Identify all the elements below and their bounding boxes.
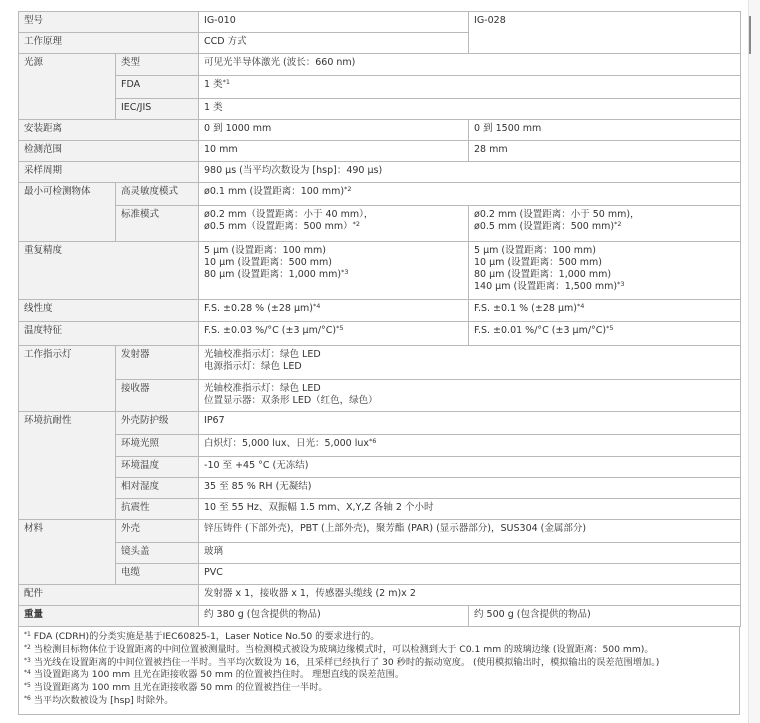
footnote-text: FDA (CDRH)的分类实施是基于IEC60825-1，Laser Notic…: [31, 631, 380, 642]
std-ig028-text: ø0.5 mm (设置距离：500 mm): [474, 221, 614, 232]
row-fda: FDA 1 类*1: [19, 76, 741, 99]
row-min-object-std: 标准模式 ø0.2 mm（设置距离：小于 40 mm）， ø0.5 mm（设置距…: [19, 206, 741, 242]
high-sensitivity-label: 高灵敏度模式: [116, 183, 199, 206]
fda-label: FDA: [116, 76, 199, 99]
environment-label: 环境抗耐性: [19, 412, 116, 520]
rep-ig028-line-4: 140 µm (设置距离：1,500 mm)*3: [474, 281, 735, 293]
iec-label: IEC/JIS: [116, 99, 199, 120]
footnote-ref: *3: [617, 280, 624, 288]
temperature-ig028: F.S. ±0.01 %/°C (±3 µm/°C)*5: [469, 322, 741, 346]
footnote-ref: *4: [313, 302, 320, 310]
footnotes: *1 FDA (CDRH)的分类实施是基于IEC60825-1，Laser No…: [18, 627, 740, 715]
footnote-text: 当设置距离为 100 mm 且光在距接收器 50 mm 的位置被挡住时。 理想直…: [31, 669, 404, 680]
lens-label: 镜头盖: [116, 543, 199, 564]
footnote-ref: *6: [369, 437, 376, 445]
footnote-6: *6 当平均次数被设为 [hsp] 时除外。: [24, 695, 734, 708]
iec-value: 1 类: [199, 99, 741, 120]
standard-mode-ig028: ø0.2 mm (设置距离：小于 50 mm)， ø0.5 mm (设置距离：5…: [469, 206, 741, 242]
footnote-ref: *5: [606, 324, 613, 332]
linearity-ig010-text: F.S. ±0.28 % (±28 µm): [204, 303, 313, 314]
accessories-label: 配件: [19, 585, 199, 606]
emitter-line-1: 光轴校准指示灯：绿色 LED: [204, 349, 735, 361]
footnote-mark: *3: [24, 657, 31, 664]
footnote-mark: *5: [24, 682, 31, 689]
footnote-text: 当光线在设置距离的中间位置被挡住一半时。当平均次数设为 16，且采样已经执行了 …: [31, 657, 660, 668]
emitter-value: 光轴校准指示灯：绿色 LED 电源指示灯：绿色 LED: [199, 346, 741, 380]
emitter-label: 发射器: [116, 346, 199, 380]
weight-label: 重量: [19, 606, 199, 627]
linearity-label: 线性度: [19, 300, 199, 322]
std-ig028-line-1: ø0.2 mm (设置距离：小于 50 mm)，: [474, 209, 735, 221]
cable-value: PVC: [199, 564, 741, 585]
weight-ig028: 约 500 g (包含提供的物品): [469, 606, 741, 627]
protection-label: 外壳防护级: [116, 412, 199, 435]
row-detect-range: 检测范围 10 mm 28 mm: [19, 141, 741, 162]
lens-value: 玻璃: [199, 543, 741, 564]
sampling-value: 980 µs (当平均次数设为 [hsp]：490 µs): [199, 162, 741, 183]
footnote-ref: *3: [341, 268, 348, 276]
footnote-ref: *1: [223, 78, 230, 86]
row-min-object-high: 最小可检测物体 高灵敏度模式 ø0.1 mm (设置距离：100 mm)*2: [19, 183, 741, 206]
row-material-housing: 材料 外壳 锌压铸件 (下部外壳)，PBT (上部外壳)，聚芳酯 (PAR) (…: [19, 520, 741, 543]
ambient-light-label: 环境光照: [116, 435, 199, 457]
footnote-4: *4 当设置距离为 100 mm 且光在距接收器 50 mm 的位置被挡住时。 …: [24, 669, 734, 682]
footnote-2: *2 当检测目标物体位于设置距离的中间位置被测量时。当检测模式被设为玻璃边缘模式…: [24, 644, 734, 657]
row-linearity: 线性度 F.S. ±0.28 % (±28 µm)*4 F.S. ±0.1 % …: [19, 300, 741, 322]
footnote-mark: *1: [24, 631, 31, 638]
linearity-ig028-text: F.S. ±0.1 % (±28 µm): [474, 303, 577, 314]
row-env-temp: 环境温度 -10 至 +45 °C (无冻结): [19, 457, 741, 478]
ambient-temp-label: 环境温度: [116, 457, 199, 478]
fda-class: 1 类: [204, 79, 223, 90]
repeatability-ig010: 5 µm (设置距离：100 mm) 10 µm (设置距离：500 mm) 8…: [199, 242, 469, 300]
rep-ig010-text: 80 µm (设置距离：1,000 mm): [204, 269, 341, 280]
humidity-value: 35 至 85 % RH (无凝结): [199, 478, 741, 499]
principle-value: CCD 方式: [199, 33, 469, 54]
footnote-ref: *5: [336, 324, 343, 332]
detect-range-ig010: 10 mm: [199, 141, 469, 162]
temperature-ig010-text: F.S. ±0.03 %/°C (±3 µm/°C): [204, 325, 336, 336]
standard-mode-ig010: ø0.2 mm（设置距离：小于 40 mm）， ø0.5 mm（设置距离：500…: [199, 206, 469, 242]
rep-ig028-text: 140 µm (设置距离：1,500 mm): [474, 281, 617, 292]
emitter-line-2: 电源指示灯：绿色 LED: [204, 361, 735, 373]
cable-label: 电缆: [116, 564, 199, 585]
light-type-label: 类型: [116, 54, 199, 76]
protection-value: IP67: [199, 412, 741, 435]
sampling-label: 采样周期: [19, 162, 199, 183]
ambient-temp-value: -10 至 +45 °C (无冻结): [199, 457, 741, 478]
rep-ig010-line-1: 5 µm (设置距离：100 mm): [204, 245, 463, 257]
row-temperature: 温度特征 F.S. ±0.03 %/°C (±3 µm/°C)*5 F.S. ±…: [19, 322, 741, 346]
row-repeatability: 重复精度 5 µm (设置距离：100 mm) 10 µm (设置距离：500 …: [19, 242, 741, 300]
row-accessories: 配件 发射器 x 1，接收器 x 1，传感器头缆线 (2 m)x 2: [19, 585, 741, 606]
row-indicator-receiver: 接收器 光轴校准指示灯：绿色 LED 位置显示器：双条形 LED（红色，绿色）: [19, 380, 741, 412]
row-env-protection: 环境抗耐性 外壳防护级 IP67: [19, 412, 741, 435]
row-install-distance: 安装距离 0 到 1000 mm 0 到 1500 mm: [19, 120, 741, 141]
row-material-lens: 镜头盖 玻璃: [19, 543, 741, 564]
rep-ig028-line-1: 5 µm (设置距离：100 mm): [474, 245, 735, 257]
footnote-ref: *2: [344, 185, 351, 193]
linearity-ig010: F.S. ±0.28 % (±28 µm)*4: [199, 300, 469, 322]
model-label: 型号: [19, 12, 199, 33]
row-indicator-emitter: 工作指示灯 发射器 光轴校准指示灯：绿色 LED 电源指示灯：绿色 LED: [19, 346, 741, 380]
receiver-line-2: 位置显示器：双条形 LED（红色，绿色）: [204, 395, 735, 407]
std-ig028-line-2: ø0.5 mm (设置距离：500 mm)*2: [474, 221, 735, 233]
temperature-label: 温度特征: [19, 322, 199, 346]
temperature-ig010: F.S. ±0.03 %/°C (±3 µm/°C)*5: [199, 322, 469, 346]
repeatability-ig028: 5 µm (设置距离：100 mm) 10 µm (设置距离：500 mm) 8…: [469, 242, 741, 300]
min-object-label: 最小可检测物体: [19, 183, 116, 242]
housing-value: 锌压铸件 (下部外壳)，PBT (上部外壳)，聚芳酯 (PAR) (显示器部分)…: [199, 520, 741, 543]
ambient-light-value: 白炽灯：5,000 lux、日光：5,000 lux*6: [199, 435, 741, 457]
std-ig010-text: ø0.5 mm（设置距离：500 mm）: [204, 221, 353, 232]
housing-label: 外壳: [116, 520, 199, 543]
receiver-line-1: 光轴校准指示灯：绿色 LED: [204, 383, 735, 395]
footnote-text: 当检测目标物体位于设置距离的中间位置被测量时。当检测模式被设为玻璃边缘模式时，可…: [31, 644, 654, 655]
high-sensitivity-value: ø0.1 mm (设置距离：100 mm)*2: [199, 183, 741, 206]
light-source-label: 光源: [19, 54, 116, 120]
rep-ig010-line-3: 80 µm (设置距离：1,000 mm)*3: [204, 269, 463, 281]
rep-ig028-line-2: 10 µm (设置距离：500 mm): [474, 257, 735, 269]
footnote-1: *1 FDA (CDRH)的分类实施是基于IEC60825-1，Laser No…: [24, 631, 734, 644]
light-type-value: 可见光半导体激光 (波长：660 nm): [199, 54, 741, 76]
receiver-value: 光轴校准指示灯：绿色 LED 位置显示器：双条形 LED（红色，绿色）: [199, 380, 741, 412]
principle-label: 工作原理: [19, 33, 199, 54]
indicator-label: 工作指示灯: [19, 346, 116, 412]
linearity-ig028: F.S. ±0.1 % (±28 µm)*4: [469, 300, 741, 322]
vibration-value: 10 至 55 Hz、双振幅 1.5 mm、X,Y,Z 各轴 2 个小时: [199, 499, 741, 520]
footnote-5: *5 当设置距离为 100 mm 且光在距接收器 50 mm 的位置被挡住一半时…: [24, 682, 734, 695]
row-iec: IEC/JIS 1 类: [19, 99, 741, 120]
footnote-text: 当设置距离为 100 mm 且光在距接收器 50 mm 的位置被挡住一半时。: [31, 682, 328, 693]
install-distance-label: 安装距离: [19, 120, 199, 141]
footnote-text: 当平均次数被设为 [hsp] 时除外。: [31, 695, 174, 706]
rep-ig028-line-3: 80 µm (设置距离：1,000 mm): [474, 269, 735, 281]
footnote-mark: *6: [24, 695, 31, 702]
detect-range-ig028: 28 mm: [469, 141, 741, 162]
footnote-ref: *2: [353, 220, 360, 228]
std-ig010-line-1: ø0.2 mm（设置距离：小于 40 mm），: [204, 209, 463, 221]
accessories-value: 发射器 x 1，接收器 x 1，传感器头缆线 (2 m)x 2: [199, 585, 741, 606]
standard-mode-label: 标准模式: [116, 206, 199, 242]
row-env-vibration: 抗震性 10 至 55 Hz、双振幅 1.5 mm、X,Y,Z 各轴 2 个小时: [19, 499, 741, 520]
footnote-3: *3 当光线在设置距离的中间位置被挡住一半时。当平均次数设为 16，且采样已经执…: [24, 657, 734, 670]
install-distance-ig010: 0 到 1000 mm: [199, 120, 469, 141]
row-sampling: 采样周期 980 µs (当平均次数设为 [hsp]：490 µs): [19, 162, 741, 183]
receiver-label: 接收器: [116, 380, 199, 412]
high-sensitivity-text: ø0.1 mm (设置距离：100 mm): [204, 186, 344, 197]
rep-ig010-line-2: 10 µm (设置距离：500 mm): [204, 257, 463, 269]
specification-table: 型号 IG-010 IG-028 工作原理 CCD 方式 光源 类型 可见光半导…: [18, 11, 741, 627]
std-ig010-line-2: ø0.5 mm（设置距离：500 mm）*2: [204, 221, 463, 233]
install-distance-ig028: 0 到 1500 mm: [469, 120, 741, 141]
row-weight: 重量 约 380 g (包含提供的物品) 约 500 g (包含提供的物品): [19, 606, 741, 627]
humidity-label: 相对湿度: [116, 478, 199, 499]
fda-value: 1 类*1: [199, 76, 741, 99]
material-label: 材料: [19, 520, 116, 585]
weight-ig010: 约 380 g (包含提供的物品): [199, 606, 469, 627]
row-material-cable: 电缆 PVC: [19, 564, 741, 585]
footnote-mark: *4: [24, 669, 31, 676]
vertical-scrollbar[interactable]: [748, 0, 760, 723]
model-ig010: IG-010: [199, 12, 469, 33]
row-model: 型号 IG-010 IG-028: [19, 12, 741, 33]
row-light-type: 光源 类型 可见光半导体激光 (波长：660 nm): [19, 54, 741, 76]
vibration-label: 抗震性: [116, 499, 199, 520]
ambient-light-text: 白炽灯：5,000 lux、日光：5,000 lux: [204, 438, 369, 449]
scrollbar-thumb[interactable]: [749, 16, 751, 54]
row-env-light: 环境光照 白炽灯：5,000 lux、日光：5,000 lux*6: [19, 435, 741, 457]
footnote-ref: *4: [577, 302, 584, 310]
spec-sheet: 型号 IG-010 IG-028 工作原理 CCD 方式 光源 类型 可见光半导…: [18, 11, 740, 715]
row-env-humidity: 相对湿度 35 至 85 % RH (无凝结): [19, 478, 741, 499]
model-ig028: IG-028: [469, 12, 741, 54]
detect-range-label: 检测范围: [19, 141, 199, 162]
footnote-mark: *2: [24, 644, 31, 651]
footnote-ref: *2: [614, 220, 621, 228]
repeatability-label: 重复精度: [19, 242, 199, 300]
temperature-ig028-text: F.S. ±0.01 %/°C (±3 µm/°C): [474, 325, 606, 336]
